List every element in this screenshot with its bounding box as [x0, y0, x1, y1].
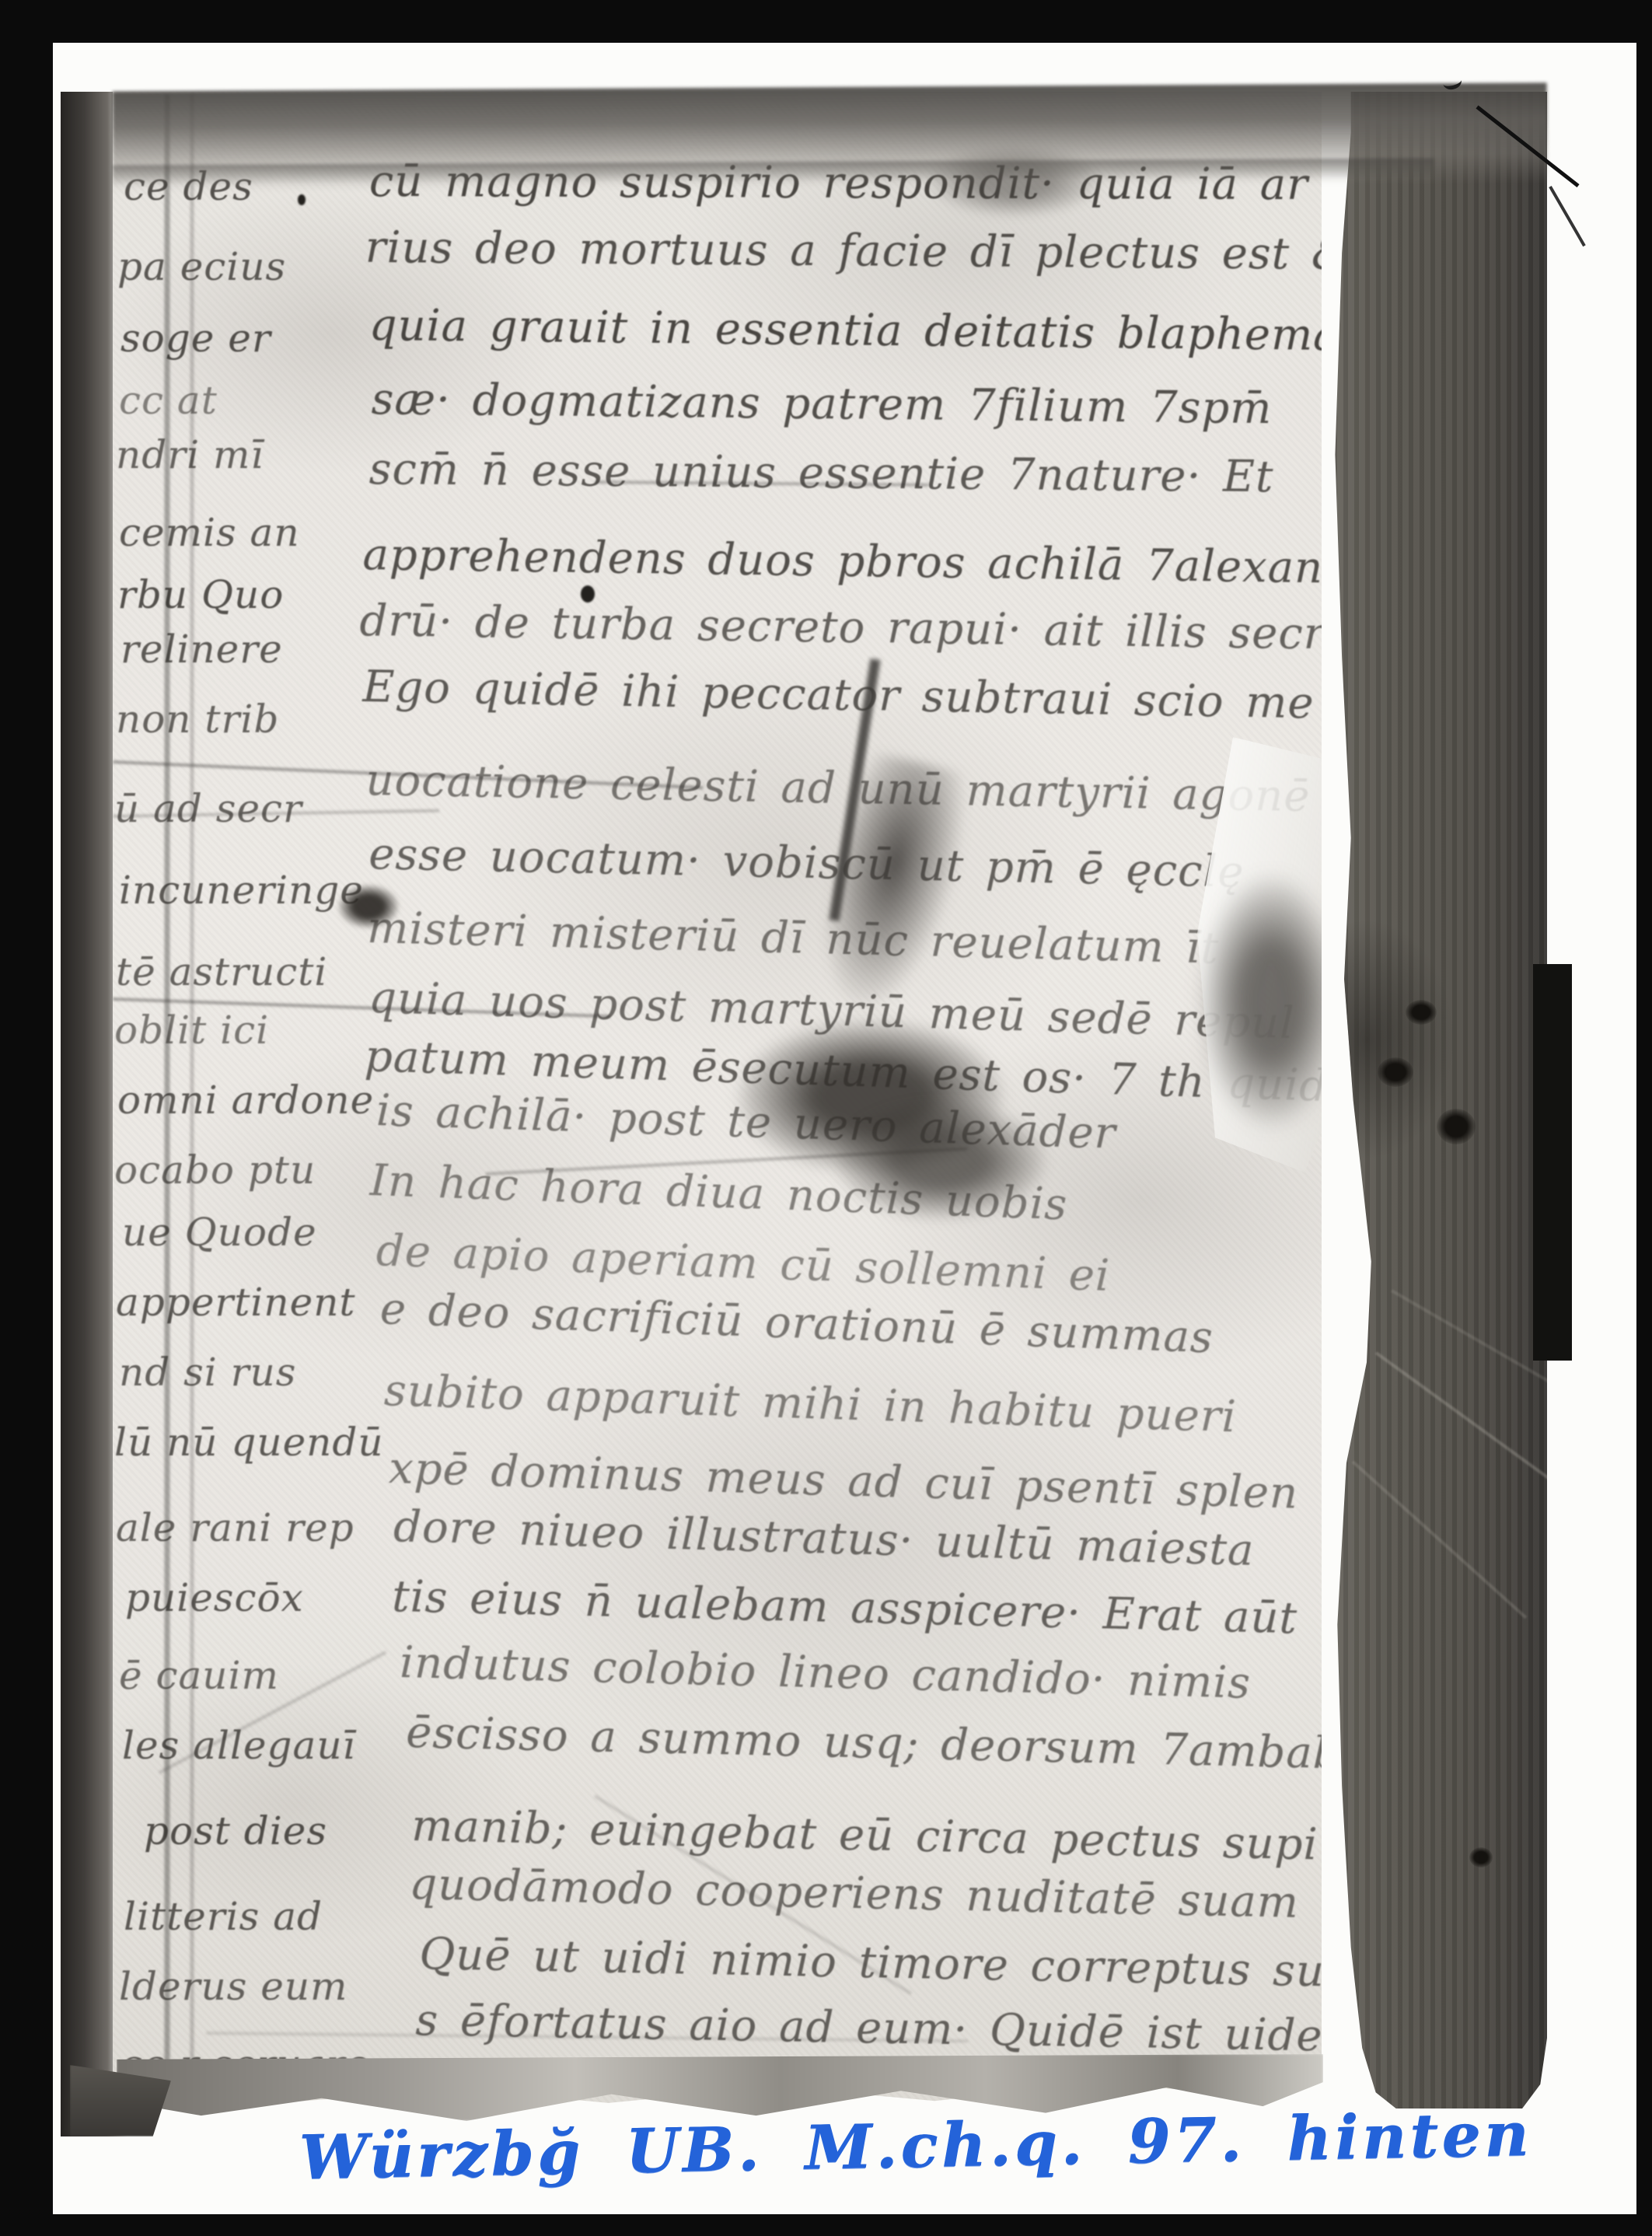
- margin-fragment: nd si rus: [119, 1353, 296, 1392]
- margin-fragment: ē cauim: [119, 1656, 279, 1695]
- ink-stain: [338, 885, 399, 928]
- parchment-page: ce des pa ecius soge er cc at ndri mī ce…: [113, 92, 1322, 2107]
- manuscript-line: rius deo mortuus a facie dī plectus est …: [365, 225, 1322, 278]
- manuscript-line: tis eius n̄ ualebam asspicere· Erat aūt: [392, 1574, 1298, 1642]
- manuscript-line: ēscisso a summo usq; deorsum 7ambab;: [406, 1710, 1322, 1778]
- margin-fragment: omni ardone: [117, 1081, 374, 1120]
- manuscript-line: drū· de turba secreto rapui· ait illis s…: [359, 599, 1322, 659]
- margin-fragment: post dies: [144, 1812, 327, 1850]
- manuscript-line: Quē ut uidi nimio timore correptus sum: [419, 1932, 1322, 1996]
- wormhole: [1406, 1000, 1437, 1025]
- manuscript-line: subito apparuit mihi in habitu pueri: [383, 1368, 1237, 1441]
- margin-fragment: cemis an: [119, 513, 300, 552]
- wormhole: [1378, 1057, 1413, 1087]
- manuscript-line: quodāmodo cooperiens nuditatē suam: [409, 1862, 1300, 1927]
- manuscript-line: uocatione celesti ad unū martyrii agonē: [365, 758, 1311, 820]
- margin-fragment: soge er: [120, 319, 271, 358]
- wormhole: [1469, 1847, 1493, 1867]
- manuscript-line: misteri misteriū dī nūc reuelatum īt: [367, 906, 1220, 973]
- wormhole: [1437, 1109, 1476, 1144]
- manuscript-line: s ēfortatus aio ad eum· Quidē ist uideo: [415, 1998, 1322, 2060]
- gutter-fold-line: [190, 94, 194, 2108]
- margin-fragment: litteris ad: [124, 1897, 323, 1936]
- margin-fragment: incuneringe: [119, 871, 364, 910]
- margin-fragment: lderus eum: [119, 1967, 348, 2006]
- manuscript-line: manib; euingebat eū circa pectus supi: [411, 1804, 1318, 1868]
- manuscript-line: apprehendens duos pbros achilā 7alexan: [362, 533, 1322, 592]
- margin-fragment: appertinent: [116, 1283, 356, 1322]
- ink-stain: [836, 1102, 1046, 1219]
- margin-fragment: lū nū quendū: [114, 1423, 384, 1462]
- scratch-mark: [1352, 1461, 1528, 1619]
- manuscript-line: dore niueo illustratus· uultū maiesta: [393, 1504, 1255, 1574]
- manuscript-line: quia grauit in essentia deitatis blaphem…: [368, 303, 1322, 359]
- manuscript-line: Ego quidē ihi peccator subtraui scio me: [362, 665, 1315, 727]
- manuscript-line: indutus colobio lineo candido· nimis: [400, 1640, 1252, 1707]
- margin-fragment: ue Quode: [122, 1213, 317, 1252]
- gutter-fold-line: [165, 95, 170, 2108]
- margin-fragment: ocabo ptu: [114, 1151, 316, 1190]
- manuscript-line: esse uocatum· vobiscū ut pm̄ ē ęcclę: [368, 832, 1245, 896]
- margin-fragment: relinere: [120, 630, 283, 669]
- ink-dot: [298, 194, 306, 205]
- manuscript-line: sæ· dogmatizans patrem 7filium 7spm̄: [371, 377, 1272, 432]
- ink-dot: [581, 585, 595, 603]
- clasp-tab: [1533, 964, 1572, 1361]
- margin-fragment: ale rani rep: [116, 1508, 354, 1547]
- manuscript-line: scm̄ n̄ esse unius essentie 7nature· Et: [368, 447, 1273, 501]
- margin-fragment: ū ad secr: [114, 789, 302, 828]
- margin-fragment: puiescōx: [125, 1578, 304, 1617]
- margin-fragment: pa ecius: [117, 247, 286, 286]
- margin-fragment: rbu Quo: [117, 575, 284, 614]
- margin-fragment: tē astructi: [116, 952, 327, 991]
- wooden-binding-board: [1322, 92, 1547, 2108]
- photo-frame: ce des pa ecius soge er cc at ndri mī ce…: [0, 0, 1652, 2236]
- margin-fragment: non trib: [116, 700, 279, 739]
